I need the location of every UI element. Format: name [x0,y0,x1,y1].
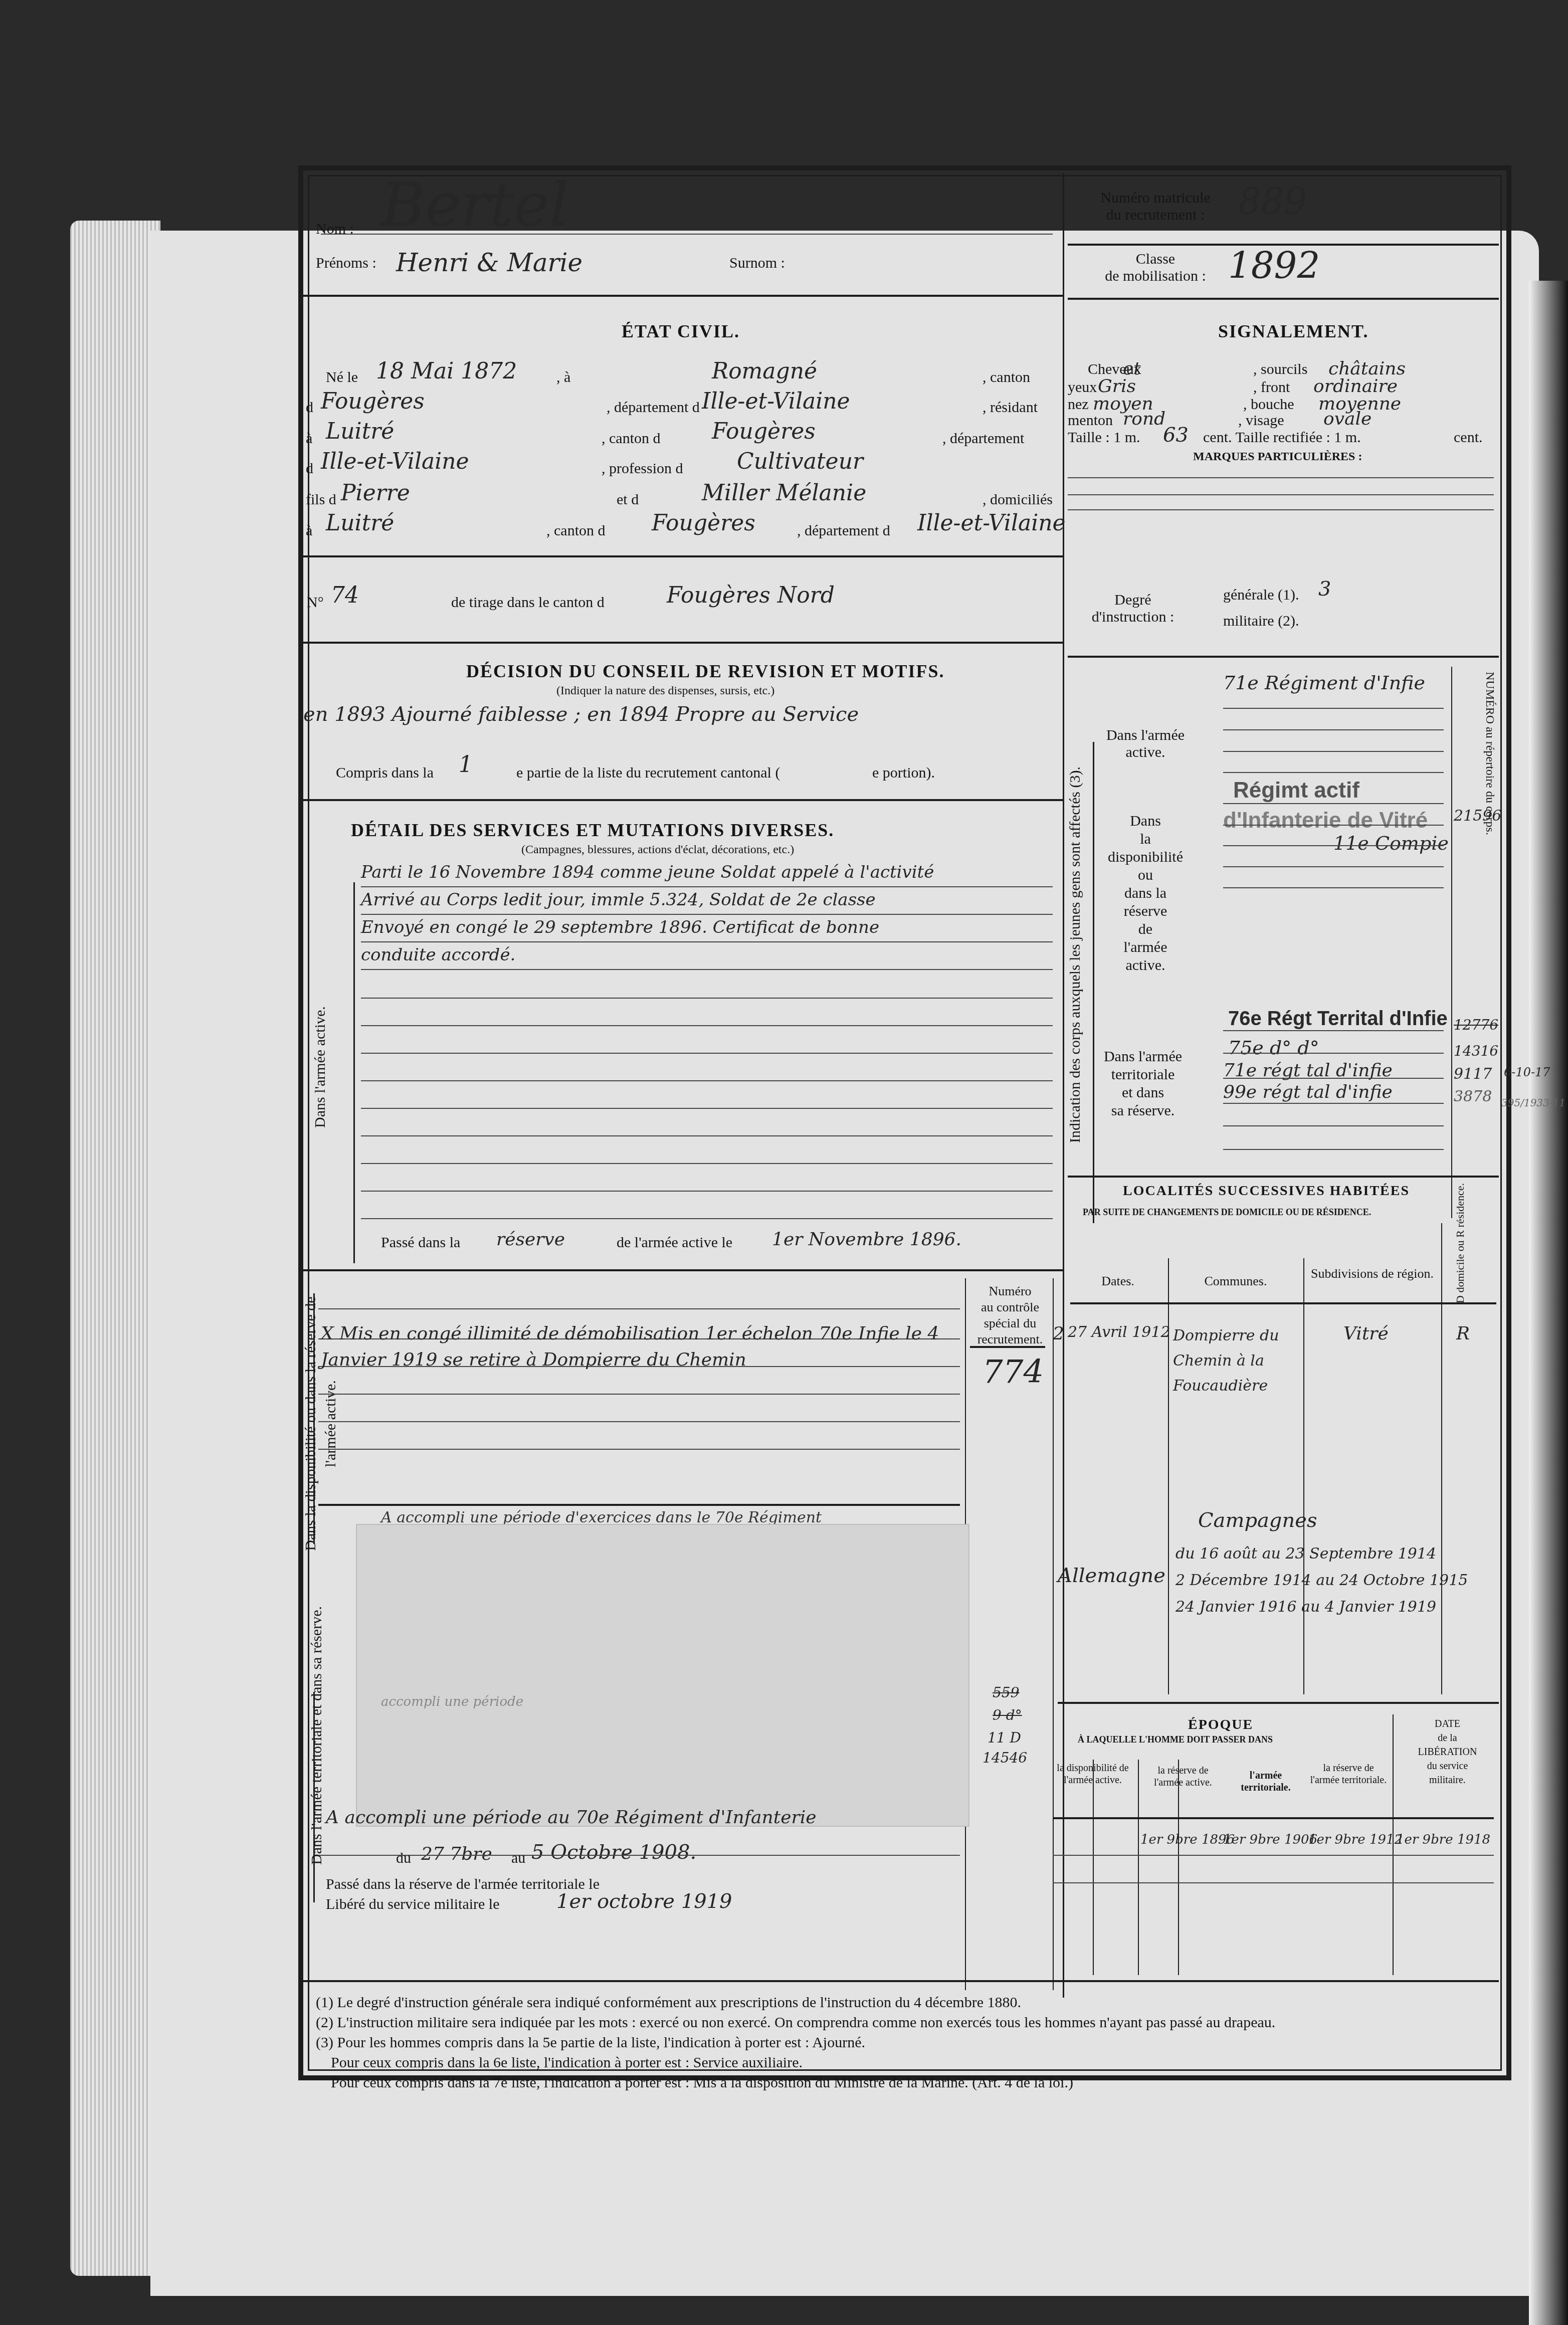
service-line [361,1163,1053,1164]
periode-au-value: 5 Octobre 1908. [531,1841,696,1864]
service-line [361,941,1053,942]
dispo-numero: 21596 [1454,807,1501,825]
fils-label: fils d [306,491,336,508]
table-col-line [1093,1760,1094,1975]
epoque-col-territoriale: l'armée territoriale. [1228,1770,1303,1794]
passe-reserve-label: Passé dans la [381,1234,460,1251]
canton-naissance: Fougères [321,389,425,414]
a-label: à [306,522,312,539]
service-line [361,886,1053,887]
margin-note-2: 395/1933-11 [1501,1097,1565,1109]
footnote-2: (2) L'instruction militaire sera indiqué… [316,2013,1489,2033]
degre-label: Degré d'instruction : [1088,592,1178,626]
domicile-parents: Luitré [326,510,394,536]
dans-armee-active-label: Dans l'armée active. [1103,727,1188,761]
canton-label: , canton [983,369,1030,386]
localite-subdivision: Vitré [1343,1323,1389,1344]
column-divider [1063,173,1064,1998]
classe-value: 1892 [1228,245,1320,287]
compris-label: Compris dans la [336,764,434,782]
canton-label: , canton d [546,522,605,539]
epoque-col-reserve-territoriale: la réserve de l'armée territoriale. [1308,1762,1389,1786]
numero-controle-value: 774 [983,1353,1044,1391]
pere-name: Pierre [341,480,410,506]
matricule-value: 889 [1238,180,1307,223]
header-underline [1070,1302,1496,1304]
margin-note-1: 6-10-17 [1504,1065,1550,1079]
territoriale-row-2-numero: 14316 [1454,1043,1498,1059]
book-spine-shadow [1529,281,1568,2325]
profession-label: , profession d [602,460,683,477]
surnom-label: Surnom : [729,255,785,272]
mere-name: Miller Mélanie [702,480,866,506]
decision-title: DÉCISION DU CONSEIL DE REVISION ET MOTIF… [466,661,945,682]
d-label: d [306,399,313,416]
localites-title: LOCALITÉS SUCCESSIVES HABITÉES [1123,1183,1410,1199]
nom-underline [321,234,1053,235]
dispo-stamp-regiment: Régimt actif [1233,778,1359,803]
degre-militaire-label: militaire (2). [1223,613,1299,630]
territoriale-row-3-numero: 9117 [1454,1065,1492,1083]
date-naissance: 18 Mai 1872 [376,358,517,384]
divider [1068,1176,1499,1178]
service-line [361,1080,1053,1081]
service-line-3: Envoyé en congé le 29 septembre 1896. Ce… [361,917,879,937]
localites-col-dates: Dates. [1068,1273,1168,1289]
periode-au-label: au [511,1850,525,1867]
service-line-4: conduite accordé. [361,945,515,965]
table-col-line [1303,1258,1304,1694]
corps-active-value: 71e Régiment d'Infie [1223,672,1425,694]
profession-value: Cultivateur [737,449,863,474]
numero-controle-header: Numéro au contrôle spécial du recrutemen… [967,1283,1053,1347]
service-line [361,1218,1053,1219]
degre-generale-label: générale (1). [1223,587,1299,604]
departement-residence: Ille-et-Vilaine [321,449,469,474]
divider [1068,298,1499,300]
matricule-label: Numéro matricule du recrutement : [1083,189,1228,224]
demob-line-1: X Mis en congé illimité de démobilisatio… [321,1323,939,1344]
service-line [318,1421,960,1422]
patch-faded-text: accompli une période [381,1694,523,1709]
service-line [361,914,1053,915]
footnote-1: (1) Le degré d'instruction générale sera… [316,1993,1489,2013]
front-label: , front [1253,379,1290,396]
epoque-col-reserve-active: la réserve de l'armée active. [1143,1765,1223,1789]
epoque-territoriale-date: 1er 9bre 1906 [1223,1832,1317,1847]
divider [301,295,1063,297]
taille-label: Taille : 1 m. [1068,429,1140,446]
localites-col-communes: Communes. [1168,1273,1303,1289]
passe-reserve-date: 1er Novembre 1896. [772,1229,961,1250]
ne-le-label: Né le [326,369,358,386]
prenoms-label: Prénoms : [316,255,376,272]
corps-line [1223,1078,1444,1079]
book-page-edges [70,221,160,2276]
side-label-armee-active: Dans l'armée active. [312,1006,329,1128]
divider [301,1980,1499,1982]
dispo-label: Dans la disponibilité ou dans la réserve… [1103,812,1188,975]
dispo-compagnie: 11e Compie [1333,832,1449,854]
taille-rectifiee-label: cent. Taille rectifiée : 1 m. [1203,429,1361,446]
service-line [361,969,1053,970]
departement-label: , département d [607,399,700,416]
divider [301,799,1063,801]
epoque-subtitle: À LAQUELLE L'HOMME DOIT PASSER DANS [1078,1734,1273,1745]
taille-value: 63 [1163,424,1189,447]
numero-column-line [1451,667,1452,1218]
numero-controle-margin: 2 [1053,1323,1064,1344]
passe-reserve-label-2: de l'armée active le [617,1234,732,1251]
departement-naissance: Ille-et-Vilaine [702,389,850,414]
footnote-4: Pour ceux compris dans la 6e liste, l'in… [316,2053,1489,2073]
divider [301,1269,1063,1271]
canton-label: , canton d [602,430,660,447]
divider [301,642,1063,644]
service-line [361,1108,1053,1109]
departement-parents: Ille-et-Vilaine [917,510,1066,536]
tirage-canton: Fougères Nord [667,583,835,608]
margin-number-1: 559 [993,1684,1019,1701]
dispo-stamp-infanterie: d'Infanterie de Vitré [1223,808,1428,833]
epoque-col-disponibilite: la disponibilité de l'armée active. [1050,1762,1135,1786]
degre-generale-value: 3 [1318,577,1331,601]
footnote-5: Pour ceux compris dans la 7e liste, l'in… [316,2073,1489,2093]
corps-line [1223,1103,1444,1104]
marques-line [1068,509,1494,510]
epoque-reserve-territoriale-date: 1er 9bre 1912 [1308,1832,1403,1847]
bracket-line [313,1692,315,1902]
table-col-line [1178,1760,1179,1975]
territoriale-label: Dans l'armée territoriale et dans sa rés… [1100,1048,1186,1120]
service-line [318,1855,960,1856]
service-line [361,998,1053,999]
table-col-line [1138,1760,1139,1975]
marques-title: MARQUES PARTICULIÈRES : [1193,450,1362,464]
corps-line [1223,751,1444,752]
service-line-2: Arrivé au Corps ledit jour, immle 5.324,… [361,890,876,910]
services-title: DÉTAIL DES SERVICES ET MUTATIONS DIVERSE… [351,820,834,841]
localite-dr: R [1456,1323,1470,1344]
corps-line [1223,1149,1444,1150]
epoque-title: ÉPOQUE [1188,1717,1253,1733]
a-label: à [306,430,312,447]
libere-label: Libéré du service militaire le [326,1896,500,1913]
territoriale-row-4-corps: 99e régt tal d'infie [1223,1082,1393,1102]
header-underline [970,1346,1045,1348]
territoriale-row-2-corps: 75e d° d° [1228,1037,1319,1059]
corps-line [1223,1030,1444,1031]
demob-line-2: Janvier 1919 se retire à Dompierre du Ch… [321,1349,746,1370]
bracket-line [353,882,355,1263]
periode-du-value: 27 7bre [421,1844,492,1864]
cent-label: cent. [1454,429,1482,446]
nom-label: Nom : [316,221,354,238]
corps-affectes-side-title: Indication des corps auxquels les jeunes… [1067,766,1084,1143]
margin-number-2: 9 d° [993,1707,1022,1723]
departement-label: , département [942,430,1024,447]
corps-line [1223,866,1444,867]
et-label: et d [617,491,639,508]
d-label: d [306,460,313,477]
header-underline [1053,1817,1494,1819]
sourcils-label: , sourcils [1253,361,1307,378]
portion-label: e portion). [872,764,935,782]
table-row-line [1053,1855,1494,1856]
passe-reserve-value: réserve [496,1229,565,1250]
pasted-paper-patch [356,1524,969,1827]
periode-du-label: du [396,1850,411,1867]
localite-commune: Dompierre du Chemin à la Foucaudière [1173,1323,1303,1399]
campagnes-country: Allemagne [1058,1564,1165,1587]
visage-value: ovale [1323,409,1371,429]
canton-residence: Fougères [712,419,816,444]
campagne-line-1: du 16 août au 23 Septembre 1914 [1175,1545,1436,1563]
compris-value: 1 [459,752,473,778]
service-line [361,1025,1053,1026]
bracket-line [313,1293,315,1544]
lieu-naissance: Romagné [712,358,817,384]
tirage-no-value: 74 [331,583,359,608]
bouche-label: , bouche [1243,396,1294,413]
campagnes-title: Campagnes [1198,1509,1317,1532]
corps-line [1223,803,1444,804]
corps-line [1223,772,1444,773]
etat-civil-title: ÉTAT CIVIL. [622,321,740,342]
liberation-header: DATE de la LIBÉRATION du service militai… [1399,1717,1496,1787]
signalement-title: SIGNALEMENT. [1218,321,1368,342]
service-line [361,1135,1053,1136]
visage-label: , visage [1238,412,1284,429]
a-label: , à [556,369,570,386]
margin-number-4: 14546 [983,1750,1027,1766]
menton-value: rond [1123,409,1165,429]
corps-line [1223,708,1444,709]
service-line [361,1053,1053,1054]
departement-label: , département d [797,522,890,539]
corps-line [1223,1053,1444,1054]
domicilies-label: , domiciliés [983,491,1053,508]
corps-line [1223,825,1444,826]
numero-controle-column-line [1053,1278,1054,1990]
canton-parents: Fougères [652,510,755,536]
divider [301,555,1063,557]
bracket-line [1093,742,1094,1223]
territoriale-row-1-numero: 12776 [1454,1017,1498,1033]
territoriale-row-4-numero: 3878 [1454,1088,1492,1105]
localites-col-subdivisions: Subdivisions de région. [1303,1266,1441,1282]
localites-subtitle: PAR SUITE DE CHANGEMENTS DE DOMICILE OU … [1083,1207,1371,1218]
service-line [318,1308,960,1309]
residant-label: , résidant [983,399,1038,416]
corps-line [1223,729,1444,730]
prenoms-value: Henri & Marie [396,248,582,277]
localite-date: 27 Avril 1912 [1068,1323,1170,1341]
campagne-line-3: 24 Janvier 1916 au 4 Janvier 1919 [1175,1598,1436,1616]
table-row-line [1053,1882,1494,1883]
nez-label: nez [1068,396,1089,413]
nom-value: Bertel [381,170,568,240]
campagne-line-2: 2 Décembre 1914 au 24 Octobre 1915 [1175,1572,1468,1589]
decision-subtitle: (Indiquer la nature des dispenses, sursi… [556,684,774,698]
liberation-date: 1er 9bre 1918 [1396,1832,1490,1847]
residence: Luitré [326,419,394,444]
corps-line [1223,845,1444,846]
corps-line [1223,887,1444,888]
tirage-label: de tirage dans le canton d [451,594,605,611]
periode-line: A accompli une période au 70e Régiment d… [326,1807,817,1828]
menton-label: menton [1068,412,1113,429]
partie-label: e partie de la liste du recrutement cant… [516,764,780,782]
margin-number-3: 11 D [988,1729,1021,1746]
divider [1058,1702,1499,1704]
libere-value: 1er octobre 1919 [556,1890,732,1913]
localites-col-dr: D domicile ou R résidence. [1454,1183,1467,1303]
epoque-reserve-active-date: 1er 9bre 1896 [1140,1832,1235,1847]
corps-line [1223,1125,1444,1126]
footnote-3: (3) Pour les hommes compris dans la 5e p… [316,2033,1489,2053]
divider [318,1504,960,1506]
marques-line [1068,494,1494,495]
classe-label: Classe de mobilisation : [1083,251,1228,285]
divider [1068,656,1499,658]
tirage-no-label: N° [307,594,324,611]
territoriale-row-1-corps: 76e Régt Territal d'Infie [1228,1008,1448,1030]
service-line [318,1449,960,1450]
marques-line [1068,477,1494,478]
table-col-line [1441,1223,1442,1694]
footnotes: (1) Le degré d'instruction générale sera… [316,1993,1489,2093]
side-label-territoriale: Dans l'armée territoriale et dans sa rés… [307,1606,327,1865]
service-line [361,1191,1053,1192]
services-subtitle: (Campagnes, blessures, actions d'éclat, … [521,843,794,857]
service-line-1: Parti le 16 Novembre 1894 comme jeune So… [361,862,934,882]
service-line [318,1394,960,1395]
decision-value: en 1893 Ajourné faiblesse ; en 1894 Prop… [303,703,859,726]
